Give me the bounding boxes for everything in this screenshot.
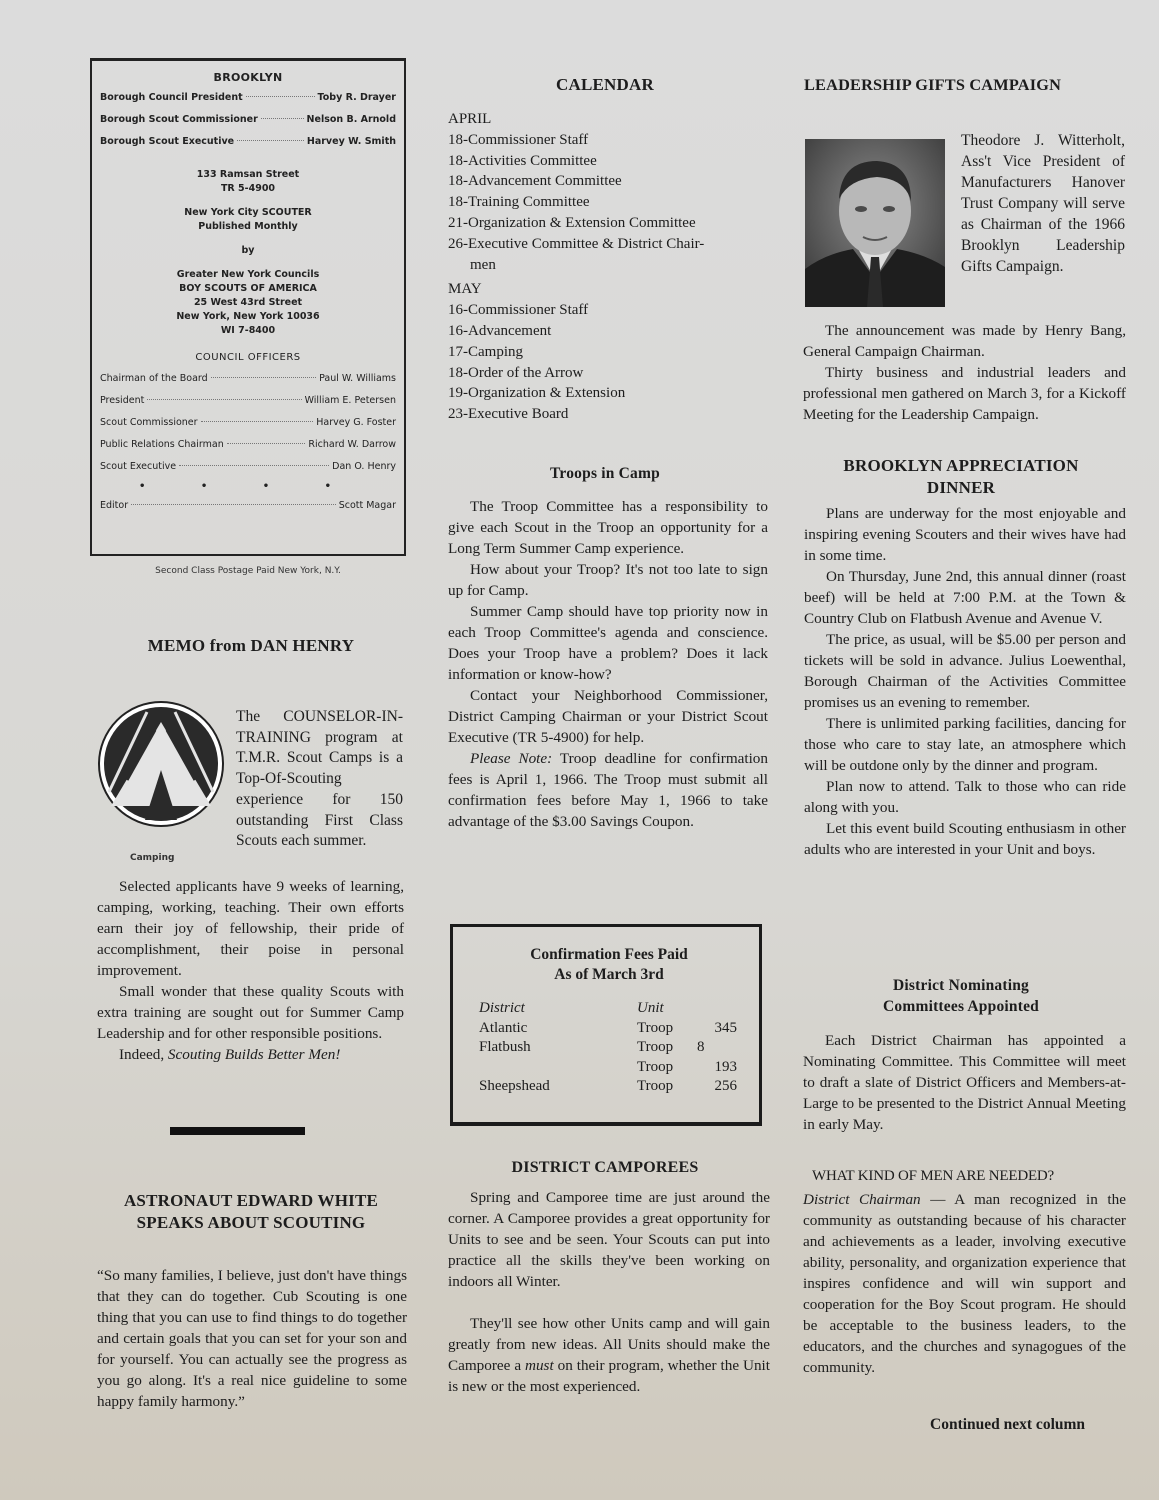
unit-cell: Troop xyxy=(637,1019,691,1039)
slogan: Scouting Builds Better Men! xyxy=(168,1046,341,1063)
calendar-item: 19-Organization & Extension xyxy=(448,383,778,404)
calendar-item: 18-Advancement Committee xyxy=(448,171,778,192)
calendar-item: 23-Executive Board xyxy=(448,404,778,425)
officer-name: Scott Magar xyxy=(339,500,396,511)
calendar-item: 21-Organization & Extension Committee xyxy=(448,213,778,234)
role-label: District Chairman xyxy=(803,1191,921,1208)
paragraph: District Chairman — A man recognized in … xyxy=(803,1189,1126,1378)
masthead-box: BROOKLYN Borough Council PresidentToby R… xyxy=(90,58,406,556)
table-row: Troop 193 xyxy=(479,1058,737,1078)
officer-row: Borough Council PresidentToby R. Drayer xyxy=(100,92,396,103)
paragraph: They'll see how other Units camp and wil… xyxy=(448,1313,770,1397)
borough-address: 133 Ramsan Street TR 5-4900 xyxy=(100,168,396,196)
separator-bullets: • • • • xyxy=(100,481,396,492)
council-officer-row: Scout CommissionerHarvey G. Foster xyxy=(100,417,396,428)
paragraph: How about your Troop? It's not too late … xyxy=(448,559,768,601)
troops-title: Troops in Camp xyxy=(440,465,770,483)
astronaut-title: ASTRONAUT EDWARD WHITE SPEAKS ABOUT SCOU… xyxy=(92,1190,410,1234)
troops-body: The Troop Committee has a responsibility… xyxy=(448,496,768,832)
district-cell: Sheepshead xyxy=(479,1077,637,1097)
calendar-item-cont: men xyxy=(448,255,778,276)
memo-title: MEMO from DAN HENRY xyxy=(92,636,410,656)
calendar-item: 16-Commissioner Staff xyxy=(448,300,778,321)
men-needed-heading: WHAT KIND OF MEN ARE NEEDED? xyxy=(812,1168,1132,1185)
officer-role: President xyxy=(100,395,144,406)
number-cell: 345 xyxy=(691,1019,737,1039)
number-cell: 8 xyxy=(691,1038,737,1058)
org-line: BOY SCOUTS OF AMERICA xyxy=(100,282,396,296)
title-line: ASTRONAUT EDWARD WHITE xyxy=(124,1191,378,1210)
calendar-title: CALENDAR xyxy=(440,75,770,95)
calendar-item: 18-Order of the Arrow xyxy=(448,363,778,384)
table-row: Sheepshead Troop 256 xyxy=(479,1077,737,1097)
council-officers-heading: COUNCIL OFFICERS xyxy=(100,352,396,363)
fees-table: District Unit Atlantic Troop 345 Flatbus… xyxy=(479,999,737,1097)
calendar-item: 18-Activities Committee xyxy=(448,151,778,172)
astronaut-quote: “So many families, I believe, just don't… xyxy=(97,1265,407,1412)
text: Indeed, xyxy=(119,1046,168,1063)
title-line: SPEAKS ABOUT SCOUTING xyxy=(137,1213,366,1232)
officer-role: Borough Scout Commissioner xyxy=(100,114,258,125)
title-line: As of March 3rd xyxy=(479,965,739,985)
portrait-photo xyxy=(805,139,945,307)
nominating-body: Each District Chairman has appointed a N… xyxy=(803,1030,1126,1135)
officer-row: Borough Scout ExecutiveHarvey W. Smith xyxy=(100,136,396,147)
confirmation-fees-box: Confirmation Fees Paid As of March 3rd D… xyxy=(450,924,762,1126)
phone-line: TR 5-4900 xyxy=(100,182,396,196)
number-cell: 256 xyxy=(691,1077,737,1097)
men-needed-body: District Chairman — A man recognized in … xyxy=(803,1187,1126,1378)
nominating-title: District Nominating Committees Appointed xyxy=(796,975,1126,1017)
paragraph: Each District Chairman has appointed a N… xyxy=(803,1030,1126,1135)
org-line: 25 West 43rd Street xyxy=(100,296,396,310)
text: — A man recognized in the community as o… xyxy=(803,1191,1126,1376)
unit-cell: Troop xyxy=(637,1077,691,1097)
fees-title: Confirmation Fees Paid As of March 3rd xyxy=(479,945,739,985)
table-header: District Unit xyxy=(479,999,737,1019)
district-cell xyxy=(479,1058,637,1078)
paragraph: The Troop Committee has a responsibility… xyxy=(448,496,768,559)
district-cell: Atlantic xyxy=(479,1019,637,1039)
paragraph: Spring and Camporee time are just around… xyxy=(448,1187,770,1292)
council-officer-row: Public Relations ChairmanRichard W. Darr… xyxy=(100,439,396,450)
officer-name: Nelson B. Arnold xyxy=(307,114,396,125)
publication-info: New York City SCOUTER Published Monthly xyxy=(100,206,396,234)
title-line: Committees Appointed xyxy=(883,998,1039,1015)
month-label: MAY xyxy=(448,279,778,300)
officer-name: Toby R. Drayer xyxy=(318,92,396,103)
paragraph: Contact your Neighborhood Commissioner, … xyxy=(448,685,768,748)
quote-text: “So many families, I believe, just don't… xyxy=(97,1265,407,1412)
officer-name: Harvey G. Foster xyxy=(316,417,396,428)
officer-role: Editor xyxy=(100,500,128,511)
column-header: Unit xyxy=(637,999,691,1019)
officer-role: Scout Commissioner xyxy=(100,417,198,428)
table-row: Atlantic Troop 345 xyxy=(479,1019,737,1039)
paragraph: The announcement was made by Henry Bang,… xyxy=(803,320,1126,362)
officer-role: Chairman of the Board xyxy=(100,373,208,384)
officer-name: Harvey W. Smith xyxy=(307,136,396,147)
leadership-intro-text: Theodore J. Witterholt, Ass't Vice Presi… xyxy=(961,130,1125,277)
officer-name: Dan O. Henry xyxy=(332,461,396,472)
paragraph: The price, as usual, will be $5.00 per p… xyxy=(804,629,1126,713)
officer-name: Paul W. Williams xyxy=(319,373,396,384)
leadership-title: LEADERSHIP GIFTS CAMPAIGN xyxy=(790,75,1144,95)
officer-name: William E. Petersen xyxy=(305,395,396,406)
title-line: DINNER xyxy=(927,478,995,497)
publication-frequency: Published Monthly xyxy=(100,220,396,234)
council-officer-row: Scout ExecutiveDan O. Henry xyxy=(100,461,396,472)
note-label: Please Note: xyxy=(470,750,552,767)
org-line: WI 7-8400 xyxy=(100,324,396,338)
section-divider xyxy=(170,1127,305,1135)
unit-cell: Troop xyxy=(637,1058,691,1078)
officer-role: Borough Scout Executive xyxy=(100,136,234,147)
by-label: by xyxy=(100,244,396,258)
masthead-title: BROOKLYN xyxy=(100,71,396,84)
officer-role: Scout Executive xyxy=(100,461,176,472)
officer-row: Borough Scout CommissionerNelson B. Arno… xyxy=(100,114,396,125)
tent-icon xyxy=(97,700,225,828)
officer-role: Public Relations Chairman xyxy=(100,439,224,450)
paragraph: Selected applicants have 9 weeks of lear… xyxy=(97,876,404,981)
emphasis: must xyxy=(525,1357,554,1374)
title-line: BROOKLYN APPRECIATION xyxy=(843,456,1078,475)
officer-name: Richard W. Darrow xyxy=(308,439,396,450)
continued-note: Continued next column xyxy=(930,1416,1085,1434)
memo-intro-text: The COUNSELOR-IN-TRAINING program at T.M… xyxy=(236,707,403,852)
calendar-item: 26-Executive Committee & District Chair- xyxy=(448,234,778,255)
paragraph: Plans are underway for the most enjoyabl… xyxy=(804,503,1126,566)
publication-name: New York City SCOUTER xyxy=(100,206,396,220)
council-officer-row: Chairman of the BoardPaul W. Williams xyxy=(100,373,396,384)
paragraph: Thirty business and industrial leaders a… xyxy=(803,362,1126,425)
leadership-intro: Theodore J. Witterholt, Ass't Vice Presi… xyxy=(961,130,1125,277)
dinner-title: BROOKLYN APPRECIATION DINNER xyxy=(796,455,1126,499)
address-line: 133 Ramsan Street xyxy=(100,168,396,182)
paragraph: Let this event build Scouting enthusiasm… xyxy=(804,818,1126,860)
postage-notice: Second Class Postage Paid New York, N.Y. xyxy=(90,566,406,576)
calendar-item: 17-Camping xyxy=(448,342,778,363)
leadership-body: The announcement was made by Henry Bang,… xyxy=(803,320,1126,425)
calendar-item: 18-Training Committee xyxy=(448,192,778,213)
paragraph: Plan now to attend. Talk to those who ca… xyxy=(804,776,1126,818)
memo-body: Selected applicants have 9 weeks of lear… xyxy=(97,876,404,1065)
calendar-item: 16-Advancement xyxy=(448,321,778,342)
org-line: New York, New York 10036 xyxy=(100,310,396,324)
month-label: APRIL xyxy=(448,109,778,130)
camporees-body: Spring and Camporee time are just around… xyxy=(448,1187,770,1397)
officer-role: Borough Council President xyxy=(100,92,243,103)
title-line: District Nominating xyxy=(893,977,1029,994)
paragraph: Please Note: Troop deadline for confirma… xyxy=(448,748,768,832)
org-line: Greater New York Councils xyxy=(100,268,396,282)
logo-caption: Camping xyxy=(130,853,174,863)
council-officer-row: PresidentWilliam E. Petersen xyxy=(100,395,396,406)
camporees-title: DISTRICT CAMPOREES xyxy=(440,1159,770,1177)
calendar-item: 18-Commissioner Staff xyxy=(448,130,778,151)
paragraph: Small wonder that these quality Scouts w… xyxy=(97,981,404,1044)
table-row: Flatbush Troop 8 xyxy=(479,1038,737,1058)
column-header: District xyxy=(479,999,637,1019)
paragraph: There is unlimited parking facilities, d… xyxy=(804,713,1126,776)
title-line: Confirmation Fees Paid xyxy=(479,945,739,965)
number-cell: 193 xyxy=(691,1058,737,1078)
editor-row: EditorScott Magar xyxy=(100,500,396,511)
paragraph: Indeed, Scouting Builds Better Men! xyxy=(97,1044,404,1065)
calendar-list: APRIL 18-Commissioner Staff 18-Activitie… xyxy=(448,107,778,425)
publisher-info: Greater New York Councils BOY SCOUTS OF … xyxy=(100,268,396,338)
unit-cell: Troop xyxy=(637,1038,691,1058)
district-cell: Flatbush xyxy=(479,1038,637,1058)
dinner-body: Plans are underway for the most enjoyabl… xyxy=(804,503,1126,860)
paragraph: Summer Camp should have top priority now… xyxy=(448,601,768,685)
paragraph: On Thursday, June 2nd, this annual dinne… xyxy=(804,566,1126,629)
memo-intro: The COUNSELOR-IN-TRAINING program at T.M… xyxy=(236,707,403,852)
